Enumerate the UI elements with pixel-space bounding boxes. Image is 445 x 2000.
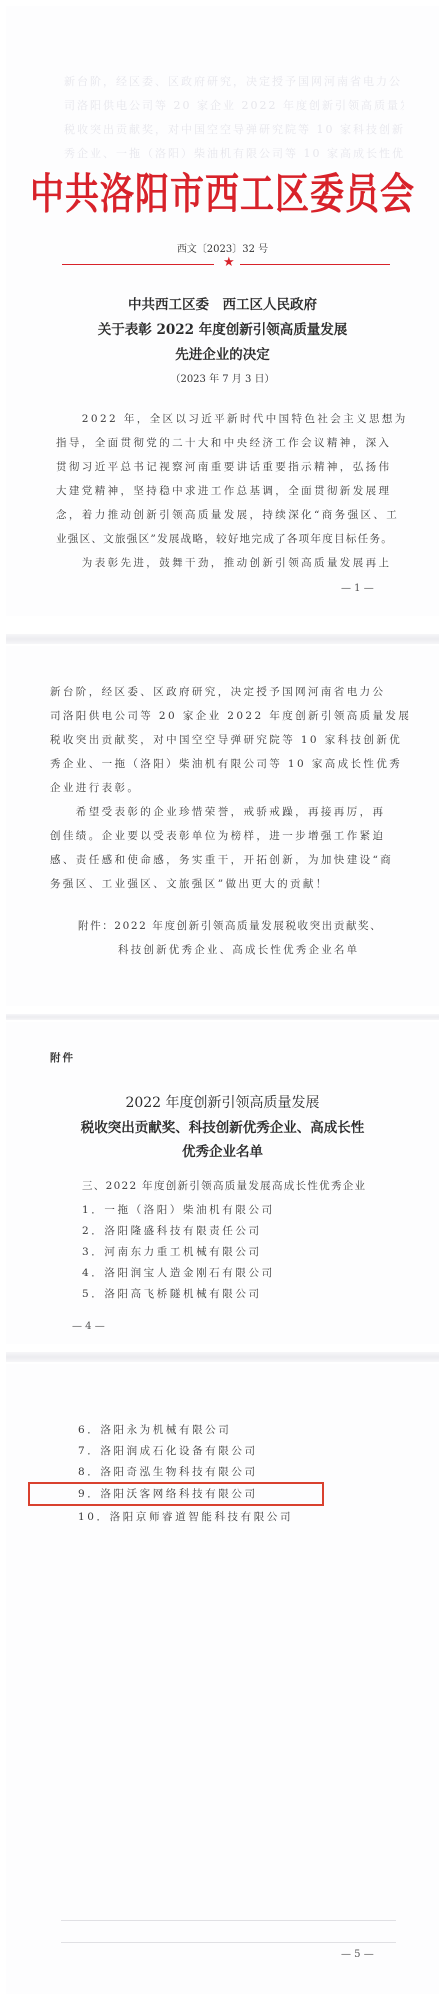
annex-title-line-3: 优秀企业名单 xyxy=(6,1140,439,1160)
page-separator xyxy=(6,1352,439,1362)
company-list-item-highlighted: 9．洛阳沃客网络科技有限公司 xyxy=(78,1486,258,1501)
body-line: 指导，全面贯彻党的二十大和中央经济工作会议精神，深入 xyxy=(56,435,391,450)
company-list-item: 2．洛阳隆盛科技有限责任公司 xyxy=(82,1223,262,1238)
heading-line-2: 关于表彰 2022 年度创新引领高质量发展 xyxy=(6,318,439,338)
body-line: 税收突出贡献奖，对中国空空导弹研究院等 10 家科技创新优 xyxy=(50,732,402,747)
star-icon: ★ xyxy=(223,256,235,270)
document-number: 西文〔2023〕32 号 xyxy=(6,240,439,255)
heading-line-3: 先进企业的决定 xyxy=(6,343,439,363)
company-list-item: 6．洛阳永为机械有限公司 xyxy=(78,1422,231,1437)
footer-rule-top xyxy=(61,1920,396,1921)
body-line: 创佳绩。企业要以受表彰单位为榜样，进一步增强工作紧迫 xyxy=(50,828,385,843)
annex-title-line-2: 税收突出贡献奖、科技创新优秀企业、高成长性 xyxy=(6,1116,439,1136)
annex-label: 附件 xyxy=(50,1050,75,1065)
page-2: 新台阶，经区委、区政府研究，决定授予国网河南省电力公 司洛阳供电公司等 20 家… xyxy=(6,646,439,1006)
page-separator xyxy=(6,1014,439,1020)
page-4: 附件 2022 年度创新引领高质量发展 税收突出贡献奖、科技创新优秀企业、高成长… xyxy=(6,1022,439,1344)
company-list-item: 3．河南东力重工机械有限公司 xyxy=(82,1244,262,1259)
company-list-item: 1．一拖（洛阳）柴油机有限公司 xyxy=(82,1202,275,1217)
page-number: — 5 — xyxy=(341,1949,374,1960)
red-rule-right xyxy=(240,264,390,265)
body-line: 务强区、工业强区、文旅强区”做出更大的贡献！ xyxy=(50,876,329,891)
issuer-title: 中共洛阳市西工区委员会 xyxy=(6,160,439,221)
attachment-note-line-1: 附件：2022 年度创新引领高质量发展税收突出贡献奖、 xyxy=(78,918,382,933)
ghost-line: 司洛阳供电公司等 20 家企业 2022 年度创新引领高质量发展 xyxy=(64,94,404,118)
body-line: 大建党精神，坚持稳中求进工作总基调，全面贯彻新发展理 xyxy=(56,483,391,498)
heading-line-1: 中共西工区委 西工区人民政府 xyxy=(6,293,439,313)
body-line: 企业进行表彰。 xyxy=(50,780,140,795)
decision-date: （2023 年 7 月 3 日） xyxy=(6,370,439,385)
company-list-item: 8．洛阳奇泓生物科技有限公司 xyxy=(78,1464,258,1479)
page-number: — 1 — xyxy=(341,583,374,594)
ghost-line: 新台阶，经区委、区政府研究，决定授予国网河南省电力公 xyxy=(64,70,404,94)
body-line: 感、责任感和使命感，务实重干，开拓创新，为加快建设“商 xyxy=(50,852,393,867)
attachment-note-line-2: 科技创新优秀企业、高成长性优秀企业名单 xyxy=(118,942,359,957)
page-5: 6．洛阳永为机械有限公司 7．洛阳润成石化设备有限公司 8．洛阳奇泓生物科技有限… xyxy=(6,1364,439,1994)
body-line: 2022 年，全区以习近平新时代中国特色社会主义思想为 xyxy=(56,411,408,426)
company-list-item: 7．洛阳润成石化设备有限公司 xyxy=(78,1443,258,1458)
body-line: 新台阶，经区委、区政府研究，决定授予国网河南省电力公 xyxy=(50,684,385,699)
red-rule-left xyxy=(62,264,214,265)
section-heading: 三、2022 年度创新引领高质量发展高成长性优秀企业 xyxy=(82,1178,366,1193)
body-line: 为表彰先进，鼓舞干劲，推动创新引领高质量发展再上 xyxy=(56,555,391,570)
company-list-item: 4．洛阳润宝人造金刚石有限公司 xyxy=(82,1265,275,1280)
page-1: 新台阶，经区委、区政府研究，决定授予国网河南省电力公 司洛阳供电公司等 20 家… xyxy=(6,6,439,616)
body-line: 秀企业、一拖（洛阳）柴油机有限公司等 10 家高成长性优秀 xyxy=(50,756,402,771)
company-list-item: 5．洛阳高飞桥隧机械有限公司 xyxy=(82,1286,262,1301)
footer-rule-bottom xyxy=(61,1942,396,1943)
ghost-line: 税收突出贡献奖，对中国空空导弹研究院等 10 家科技创新优 xyxy=(64,118,404,142)
company-list-item: 10．洛阳京师睿道智能科技有限公司 xyxy=(78,1509,293,1524)
page-number: — 4 — xyxy=(72,1321,105,1332)
body-line: 希望受表彰的企业珍惜荣誉，戒骄戒躁，再接再厉，再 xyxy=(50,804,385,819)
body-line: 业强区、文旅强区”发展战略，较好地完成了各项年度目标任务。 xyxy=(56,531,393,546)
bleed-through-text: 新台阶，经区委、区政府研究，决定授予国网河南省电力公 司洛阳供电公司等 20 家… xyxy=(64,70,404,166)
page-separator xyxy=(6,634,439,644)
body-line: 司洛阳供电公司等 20 家企业 2022 年度创新引领高质量发展 xyxy=(50,708,411,723)
body-line: 念，着力推动创新引领高质量发展，持续深化“商务强区、工 xyxy=(56,507,399,522)
annex-title-line-1: 2022 年度创新引领高质量发展 xyxy=(6,1092,439,1112)
body-line: 贯彻习近平总书记视察河南重要讲话重要指示精神，弘扬伟 xyxy=(56,459,391,474)
